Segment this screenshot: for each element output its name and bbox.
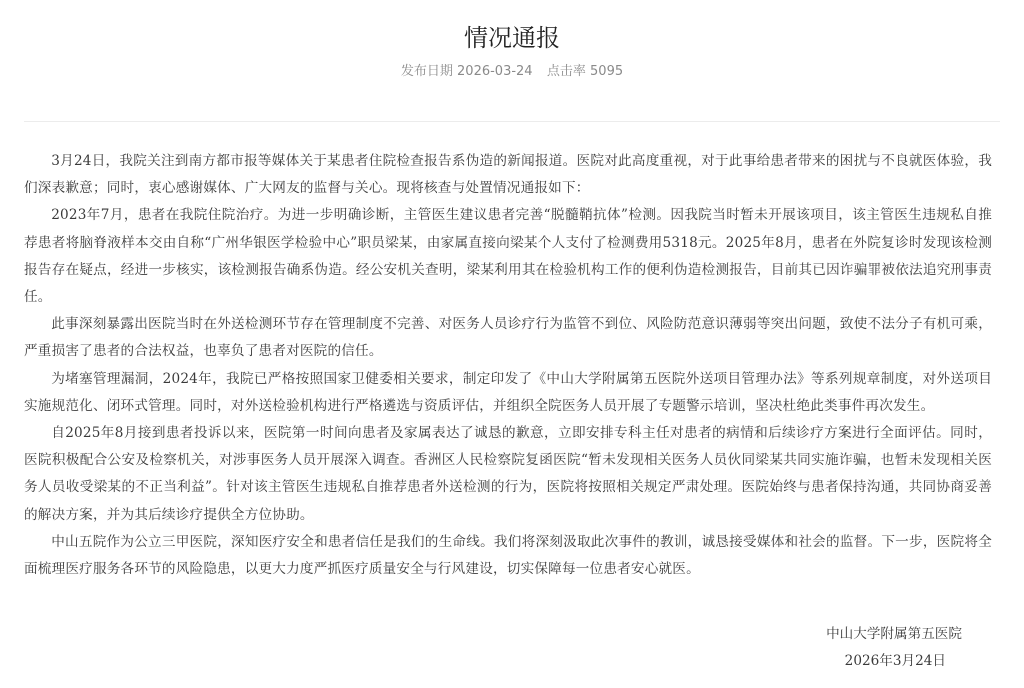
paragraph-intro: 3月24日，我院关注到南方都市报等媒体关于某患者住院检查报告系伪造的新闻报道。医… <box>24 148 992 202</box>
header-divider <box>24 121 1000 122</box>
paragraph-commitment: 中山五院作为公立三甲医院，深知医疗安全和患者信任是我们的生命线。我们将深刻汲取此… <box>24 529 992 583</box>
paragraph-handling: 自2025年8月接到患者投诉以来，医院第一时间向患者及家属表达了诚恳的歉意，立即… <box>24 420 992 529</box>
paragraph-problems: 此事深刻暴露出医院当时在外送检测环节存在管理制度不完善、对医务人员诊疗行为监管不… <box>24 311 992 365</box>
publish-date-label: 发布日期 <box>401 63 453 81</box>
signature-block: 中山大学附属第五医院 2026年3月24日 <box>826 622 962 673</box>
click-count-label: 点击率 <box>547 63 586 81</box>
paragraph-measures: 为堵塞管理漏洞，2024年，我院已严格按照国家卫健委相关要求，制定印发了《中山大… <box>24 366 992 420</box>
paragraph-incident: 2023年7月，患者在我院住院治疗。为进一步明确诊断，主管医生建议患者完善“脱髓… <box>24 202 992 311</box>
click-count: 5095 <box>590 63 623 81</box>
article-meta: 发布日期 2026-03-24 点击率 5095 <box>0 63 1024 81</box>
publish-date: 2026-03-24 <box>457 63 533 81</box>
page-title: 情况通报 <box>0 22 1024 54</box>
signature-date: 2026年3月24日 <box>826 649 946 673</box>
article-body: 3月24日，我院关注到南方都市报等媒体关于某患者住院检查报告系伪造的新闻报道。医… <box>24 148 992 583</box>
signature-organization: 中山大学附属第五医院 <box>826 622 962 646</box>
